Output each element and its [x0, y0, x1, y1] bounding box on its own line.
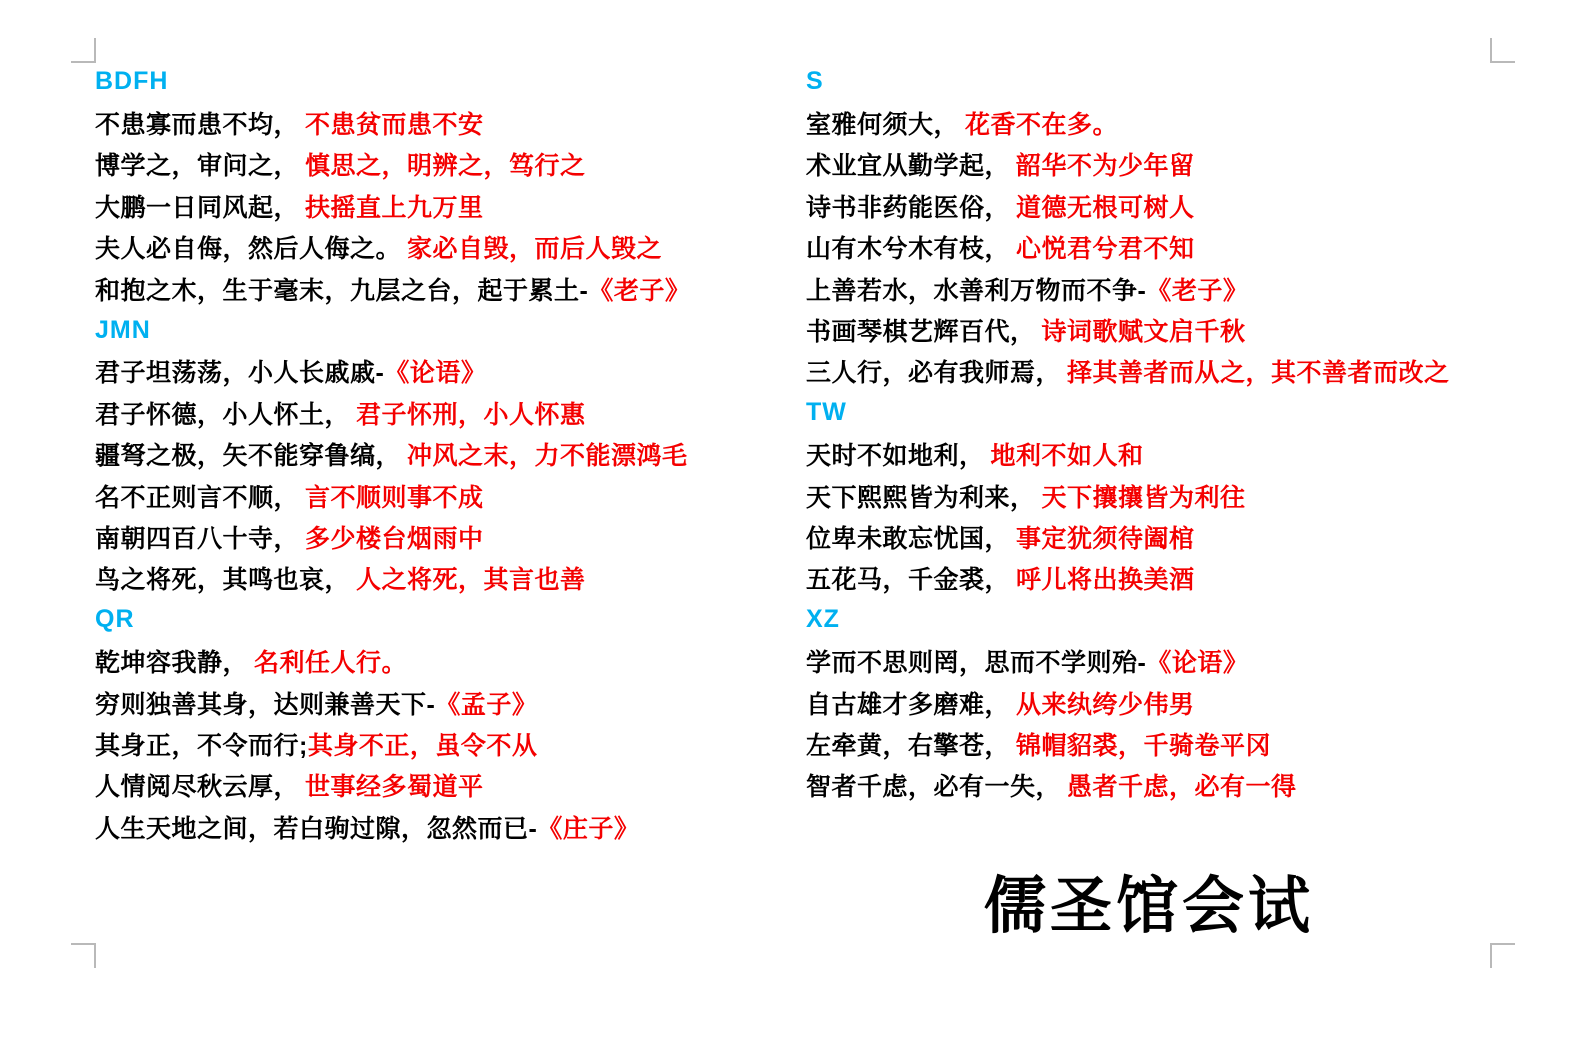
text-line: 人生天地之间，若白驹过隙，忽然而已-《庄子》	[95, 806, 690, 847]
line-red-part: 世事经多蜀道平	[305, 767, 484, 803]
text-line: 名不正则言不顺，言不顺则事不成	[95, 475, 690, 516]
line-black-part: 五花马，千金裘，	[806, 560, 1010, 596]
text-line: 人情阅尽秋云厚，世事经多蜀道平	[95, 765, 690, 806]
line-red-part: 《论语》	[384, 353, 486, 389]
line-black-part: 穷则独善其身，达则兼善天下-	[95, 685, 435, 721]
line-black-part: 诗书非药能医俗，	[806, 188, 1010, 224]
line-red-part: 名利任人行。	[254, 643, 407, 679]
text-line: 鸟之将死，其鸣也哀，人之将死，其言也善	[95, 558, 690, 599]
line-black-part: 天下熙熙皆为利来，	[806, 478, 1036, 514]
text-line: 自古雄才多磨难，从来纨绔少伟男	[806, 682, 1450, 723]
line-red-part: 扶摇直上九万里	[305, 188, 484, 224]
text-line: 穷则独善其身，达则兼善天下-《孟子》	[95, 682, 690, 723]
section-header: QR	[95, 599, 690, 640]
text-line: 和抱之木，生于毫末，九层之台，起于累土-《老子》	[95, 268, 690, 309]
text-line: 夫人必自侮，然后人侮之。家必自毁，而后人毁之	[95, 227, 690, 268]
line-red-part: 《孟子》	[435, 685, 537, 721]
line-red-part: 慎思之，明辨之，笃行之	[305, 146, 586, 182]
text-line: 博学之，审问之，慎思之，明辨之，笃行之	[95, 144, 690, 185]
text-line: 君子怀德，小人怀土，君子怀刑，小人怀惠	[95, 392, 690, 433]
line-black-part: 不患寡而患不均，	[95, 105, 299, 141]
line-black-part: 和抱之木，生于毫末，九层之台，起于累土-	[95, 271, 588, 307]
line-black-part: 三人行，必有我师焉，	[806, 353, 1061, 389]
line-black-part: 学而不思则罔，思而不学则殆-	[806, 643, 1146, 679]
line-black-part: 山有木兮木有枝，	[806, 229, 1010, 265]
line-black-part: 位卑未敢忘忧国，	[806, 519, 1010, 555]
text-line: 大鹏一日同风起，扶摇直上九万里	[95, 185, 690, 226]
left-column: BDFH不患寡而患不均，不患贫而患不安博学之，审问之，慎思之，明辨之，笃行之大鹏…	[95, 61, 690, 847]
line-red-part: 冲风之末，力不能漂鸿毛	[407, 436, 688, 472]
line-red-part: 天下攘攘皆为利往	[1042, 478, 1246, 514]
line-red-part: 锦帽貂裘，千骑卷平冈	[1016, 726, 1271, 762]
line-red-part: 其身不正，虽令不从	[308, 726, 538, 762]
line-black-part: 智者千虑，必有一失，	[806, 767, 1061, 803]
line-black-part: 博学之，审问之，	[95, 146, 299, 182]
text-line: 天下熙熙皆为利来，天下攘攘皆为利往	[806, 475, 1450, 516]
line-red-part: 心悦君兮君不知	[1016, 229, 1195, 265]
crop-mark-bottom-left	[71, 943, 96, 968]
crop-mark-bottom-right	[1490, 943, 1515, 968]
text-line: 三人行，必有我师焉，择其善者而从之，其不善者而改之	[806, 351, 1450, 392]
line-black-part: 左牵黄，右擎苍，	[806, 726, 1010, 762]
line-red-part: 道德无根可树人	[1016, 188, 1195, 224]
line-red-part: 《老子》	[1146, 271, 1248, 307]
text-line: 君子坦荡荡，小人长戚戚-《论语》	[95, 351, 690, 392]
line-black-part: 术业宜从勤学起，	[806, 146, 1010, 182]
text-line: 不患寡而患不均，不患贫而患不安	[95, 102, 690, 143]
section-header: JMN	[95, 309, 690, 350]
line-black-part: 上善若水，水善利万物而不争-	[806, 271, 1146, 307]
text-line: 天时不如地利，地利不如人和	[806, 434, 1450, 475]
text-line: 室雅何须大，花香不在多。	[806, 102, 1450, 143]
text-line: 术业宜从勤学起，韶华不为少年留	[806, 144, 1450, 185]
text-line: 山有木兮木有枝，心悦君兮君不知	[806, 227, 1450, 268]
text-line: 智者千虑，必有一失，愚者千虑，必有一得	[806, 765, 1450, 806]
line-red-part: 多少楼台烟雨中	[305, 519, 484, 555]
crop-mark-top-left	[71, 38, 96, 63]
line-black-part: 君子坦荡荡，小人长戚戚-	[95, 353, 384, 389]
text-line: 书画琴棋艺辉百代，诗词歌赋文启千秋	[806, 309, 1450, 350]
line-red-part: 君子怀刑，小人怀惠	[356, 395, 586, 431]
text-line: 五花马，千金裘，呼儿将出换美酒	[806, 558, 1450, 599]
line-black-part: 鸟之将死，其鸣也哀，	[95, 560, 350, 596]
crop-mark-top-right	[1490, 38, 1515, 63]
line-red-part: 择其善者而从之，其不善者而改之	[1067, 353, 1450, 389]
line-red-part: 《庄子》	[537, 809, 639, 845]
line-red-part: 事定犹须待阖棺	[1016, 519, 1195, 555]
document-title: 儒圣馆会试	[984, 856, 1314, 945]
line-red-part: 地利不如人和	[991, 436, 1144, 472]
line-red-part: 《论语》	[1146, 643, 1248, 679]
document-page: BDFH不患寡而患不均，不患贫而患不安博学之，审问之，慎思之，明辨之，笃行之大鹏…	[0, 0, 1581, 1063]
line-red-part: 言不顺则事不成	[305, 478, 484, 514]
text-line: 乾坤容我静，名利任人行。	[95, 640, 690, 681]
text-line: 学而不思则罔，思而不学则殆-《论语》	[806, 640, 1450, 681]
line-black-part: 君子怀德，小人怀土，	[95, 395, 350, 431]
text-line: 疆弩之极，矢不能穿鲁缟，冲风之末，力不能漂鸿毛	[95, 434, 690, 475]
line-black-part: 疆弩之极，矢不能穿鲁缟，	[95, 436, 401, 472]
line-red-part: 诗词歌赋文启千秋	[1042, 312, 1246, 348]
text-line: 诗书非药能医俗，道德无根可树人	[806, 185, 1450, 226]
section-header: XZ	[806, 599, 1450, 640]
line-red-part: 不患贫而患不安	[305, 105, 484, 141]
text-line: 其身正，不令而行;其身不正，虽令不从	[95, 723, 690, 764]
text-line: 南朝四百八十寺，多少楼台烟雨中	[95, 516, 690, 557]
line-red-part: 《老子》	[588, 271, 690, 307]
line-red-part: 从来纨绔少伟男	[1016, 685, 1195, 721]
line-black-part: 天时不如地利，	[806, 436, 985, 472]
line-black-part: 南朝四百八十寺，	[95, 519, 299, 555]
line-black-part: 人生天地之间，若白驹过隙，忽然而已-	[95, 809, 537, 845]
section-header: S	[806, 61, 1450, 102]
line-black-part: 书画琴棋艺辉百代，	[806, 312, 1036, 348]
line-black-part: 大鹏一日同风起，	[95, 188, 299, 224]
text-line: 上善若水，水善利万物而不争-《老子》	[806, 268, 1450, 309]
line-red-part: 人之将死，其言也善	[356, 560, 586, 596]
line-black-part: 名不正则言不顺，	[95, 478, 299, 514]
text-line: 左牵黄，右擎苍，锦帽貂裘，千骑卷平冈	[806, 723, 1450, 764]
line-black-part: 人情阅尽秋云厚，	[95, 767, 299, 803]
line-red-part: 呼儿将出换美酒	[1016, 560, 1195, 596]
line-black-part: 乾坤容我静，	[95, 643, 248, 679]
section-header: BDFH	[95, 61, 690, 102]
line-black-part: 夫人必自侮，然后人侮之。	[95, 229, 401, 265]
line-red-part: 韶华不为少年留	[1016, 146, 1195, 182]
line-red-part: 愚者千虑，必有一得	[1067, 767, 1297, 803]
line-red-part: 花香不在多。	[965, 105, 1118, 141]
section-header: TW	[806, 392, 1450, 433]
text-line: 位卑未敢忘忧国，事定犹须待阖棺	[806, 516, 1450, 557]
line-red-part: 家必自毁，而后人毁之	[407, 229, 662, 265]
line-black-part: 室雅何须大，	[806, 105, 959, 141]
line-black-part: 自古雄才多磨难，	[806, 685, 1010, 721]
right-column: S室雅何须大，花香不在多。术业宜从勤学起，韶华不为少年留诗书非药能医俗，道德无根…	[806, 61, 1450, 806]
line-black-part: 其身正，不令而行;	[95, 726, 308, 762]
